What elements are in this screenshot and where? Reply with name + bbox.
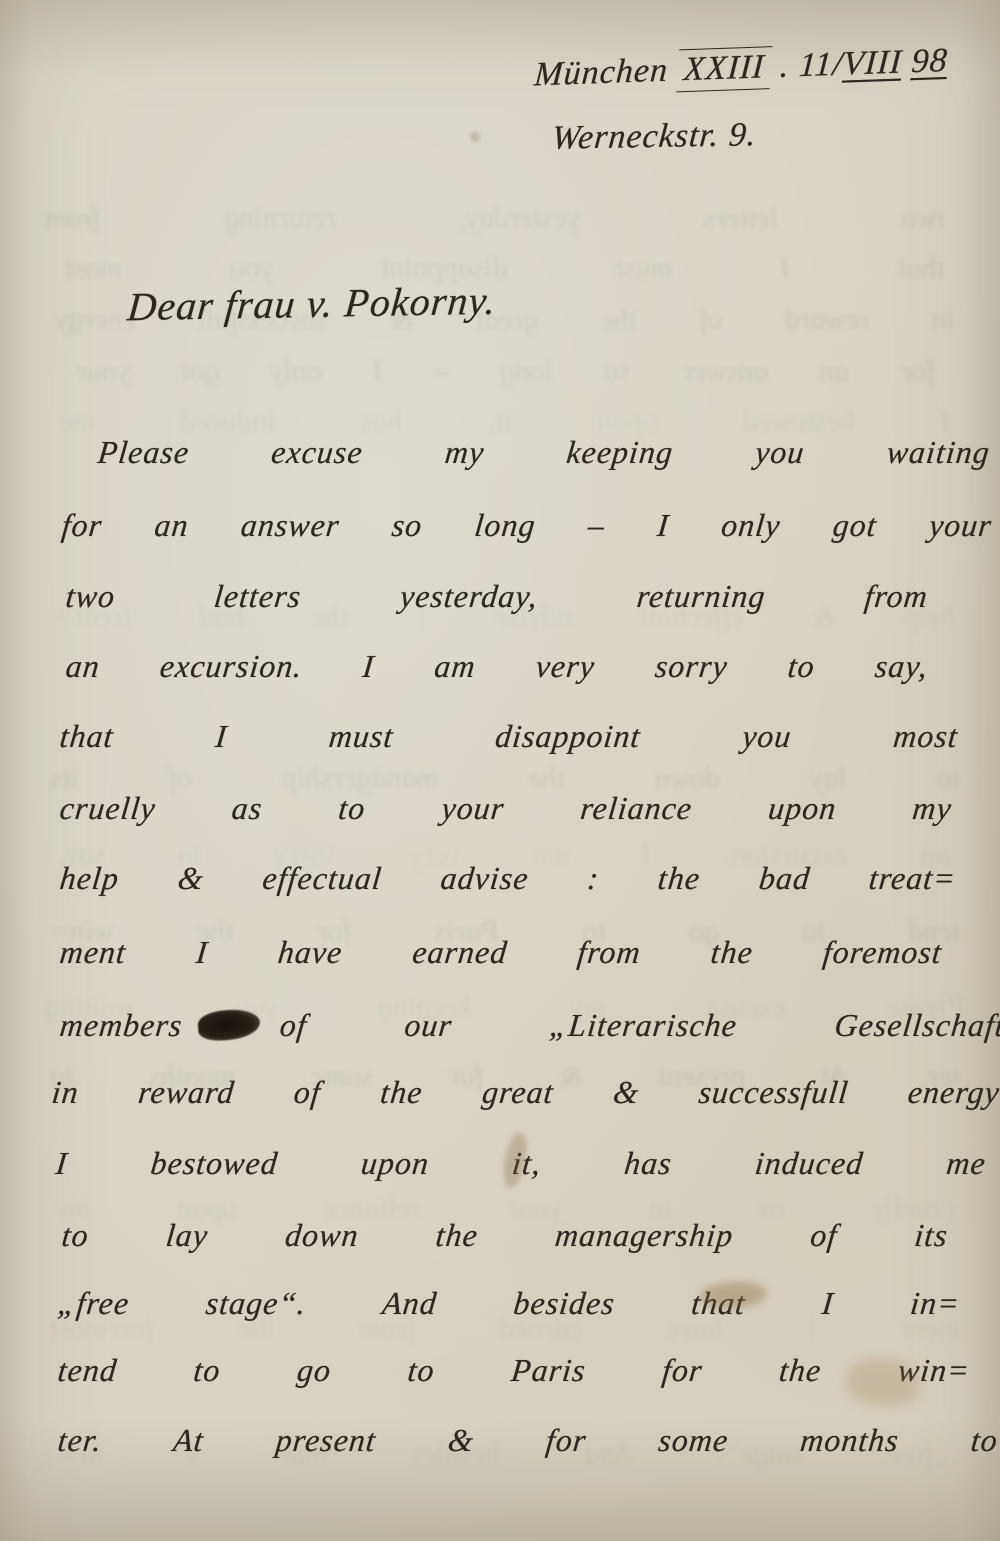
heading-district: XXIII xyxy=(676,46,772,92)
letter-line: for an answer so long – I only got your xyxy=(60,505,994,545)
letter-line: Please excuse my keeping you waiting xyxy=(96,432,992,472)
letter-line: ter. At present & for some months to xyxy=(56,1420,1000,1460)
bleed-through-line: that I must disappoint you most xyxy=(63,252,947,286)
letter-line: cruelly as to your reliance upon my xyxy=(58,788,954,828)
letter-line: help & effectual advise : the bad treat= xyxy=(58,858,958,898)
letter-line: I bestowed upon it, has induced me xyxy=(54,1143,988,1183)
bleed-through-line: for an answer so long – I only got your xyxy=(73,355,937,389)
letter-heading-place-date: München XXIII . 11/VIII 98 xyxy=(533,40,1000,95)
letter-heading-address: Werneckstr. 9. xyxy=(550,116,758,158)
letter-line: that I must disappoint you most xyxy=(58,716,960,756)
letter-line: in reward of the great & successfull ene… xyxy=(50,1072,1000,1112)
bleed-through-line: two letters yesterday, returning from xyxy=(43,202,947,236)
heading-date-year: 98 xyxy=(910,42,949,80)
heading-city: München xyxy=(533,52,670,94)
letter-line: ment I have earned from the foremost xyxy=(58,932,944,972)
letter-line: „free stage“. And besides that I in= xyxy=(56,1283,962,1323)
letter-salutation: Dear frau v. Pokorny. xyxy=(126,277,499,330)
letter-line: an excursion. I am very sorry to say, xyxy=(64,646,930,686)
heading-date-day: 11/ xyxy=(798,46,845,85)
letter-line: two letters yesterday, returning from xyxy=(64,576,930,616)
letter-page: two letters yesterday, returning from th… xyxy=(0,0,1000,1541)
paper-stain xyxy=(470,132,480,142)
letter-line: to lay down the managership of its xyxy=(60,1215,950,1255)
heading-date-month: VIII xyxy=(842,44,904,83)
letter-line: tend to go to Paris for the win= xyxy=(56,1350,972,1390)
heading-separator: . xyxy=(779,48,791,85)
